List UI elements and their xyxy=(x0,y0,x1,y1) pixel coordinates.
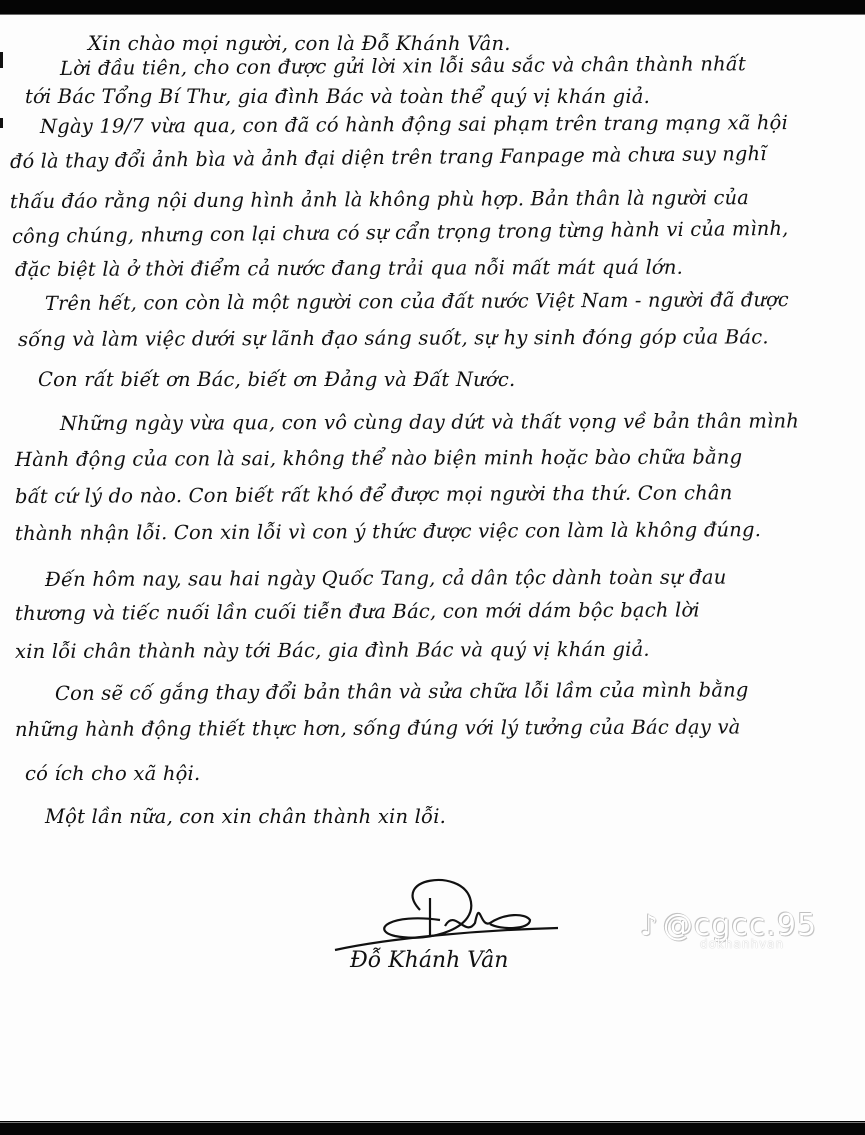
letter-line: Đến hôm nay, sau hai ngày Quốc Tang, cả … xyxy=(45,566,727,591)
tiktok-logo-icon: ♪ xyxy=(640,909,659,942)
signature-name: Đỗ Khánh Vân xyxy=(350,948,508,973)
top-black-bar xyxy=(0,0,865,15)
letter-line: Con rất biết ơn Bác, biết ơn Đảng và Đất… xyxy=(38,368,515,391)
letter-line: Con sẽ cố gắng thay đổi bản thân và sửa … xyxy=(55,678,749,705)
letter-line: bất cứ lý do nào. Con biết rất khó để đư… xyxy=(15,481,733,508)
letter-line: thành nhận lỗi. Con xin lỗi vì con ý thứ… xyxy=(15,518,761,545)
letter-line: Ngày 19/7 vừa qua, con đã có hành động s… xyxy=(40,111,788,138)
letter-line: những hành động thiết thực hơn, sống đún… xyxy=(15,715,741,741)
left-edge-mark xyxy=(0,118,3,128)
letter-line: Xin chào mọi người, con là Đỗ Khánh Vân. xyxy=(88,32,511,55)
letter-line: Hành động của con là sai, không thể nào … xyxy=(15,445,742,471)
left-edge-mark xyxy=(0,52,3,68)
watermark-subtext: dokhanhvan xyxy=(700,937,784,951)
letter-line: tới Bác Tổng Bí Thư, gia đình Bác và toà… xyxy=(25,85,650,108)
letter-line: có ích cho xã hội. xyxy=(25,762,200,785)
signature-mark xyxy=(330,868,560,958)
letter-line: Những ngày vừa qua, con vô cùng day dứt … xyxy=(60,409,799,435)
letter-line: sống và làm việc dưới sự lãnh đạo sáng s… xyxy=(18,325,769,351)
bottom-black-bar xyxy=(0,1122,865,1135)
letter-line: Trên hết, con còn là một người con của đ… xyxy=(45,288,789,315)
letter-line: Lời đầu tiên, cho con được gửi lời xin l… xyxy=(60,52,746,80)
letter-line: Một lần nữa, con xin chân thành xin lỗi. xyxy=(45,805,446,828)
letter-line: đặc biệt là ở thời điểm cả nước đang trả… xyxy=(15,256,683,281)
letter-line: thương và tiếc nuối lần cuối tiễn đưa Bá… xyxy=(15,598,700,625)
letter-line: xin lỗi chân thành này tới Bác, gia đình… xyxy=(15,638,650,663)
letter-line: thấu đáo rằng nội dung hình ảnh là không… xyxy=(10,186,749,213)
